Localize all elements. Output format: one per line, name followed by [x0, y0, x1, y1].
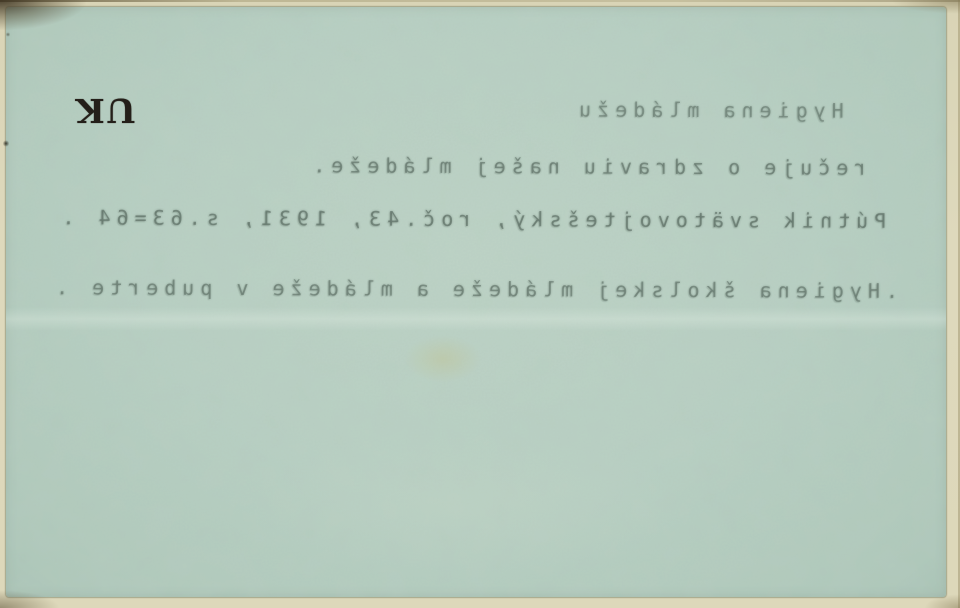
- scanned-catalog-card: UK Hygiena mládežu rečuje o zdraviu naše…: [0, 0, 960, 608]
- bleedthrough-line: Pútnik svätovojtešský, roč.43, 1931, s.6…: [56, 205, 886, 233]
- paper-stain: [404, 335, 482, 383]
- paper-crease: [6, 307, 946, 331]
- paper-stain: [256, 437, 676, 577]
- card-surface: UK Hygiena mládežu rečuje o zdraviu naše…: [6, 7, 946, 597]
- corner-smudge: [0, 0, 86, 30]
- bleedthrough-line: rečuje o zdraviu našej mládeže.: [307, 153, 866, 179]
- corner-smudge: [890, 0, 960, 14]
- corner-smudge: [924, 594, 960, 608]
- uk-stamp: UK: [74, 93, 135, 127]
- corner-smudge: [0, 590, 60, 608]
- bleedthrough-line: Hygiena mládežu: [573, 97, 844, 122]
- scan-edge-top: [0, 0, 960, 2]
- bleedthrough-line: .Hygiena školskej mládeže a mládeže v pu…: [50, 275, 898, 303]
- ink-speck: [6, 32, 10, 37]
- ink-speck: [3, 140, 9, 147]
